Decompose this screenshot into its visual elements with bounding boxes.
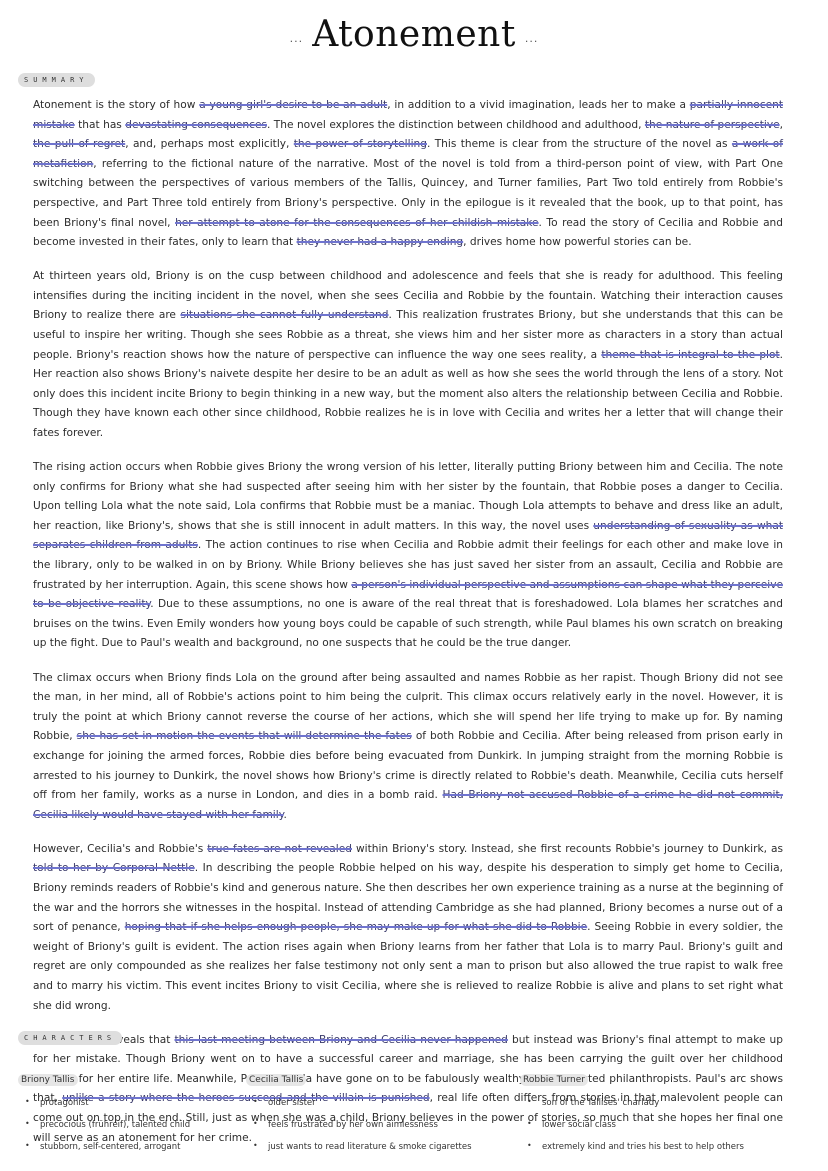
- summary-paragraph: The rising action occurs when Robbie giv…: [33, 458, 783, 654]
- trait-item: son of the Tallises' charlady: [520, 1096, 744, 1118]
- trait-item: extremely kind and tries his best to hel…: [520, 1140, 744, 1162]
- paragraph-text: . Seeing Robbie in every soldier, the we…: [33, 921, 783, 1011]
- summary-paragraph: However, Cecilia's and Robbie's true fat…: [33, 840, 783, 1016]
- trait-item: lower social class: [520, 1118, 744, 1140]
- character-name: Cecilia Tallis: [246, 1074, 306, 1086]
- summary-section-label: SUMMARY: [18, 73, 95, 87]
- title-dots-right: ···: [525, 35, 539, 48]
- summary-body: Atonement is the story of how a young gi…: [33, 96, 783, 1163]
- characters-section-label: CHARACTERS: [18, 1031, 122, 1045]
- highlighted-phrase: told to her by Corporal Nettle: [33, 862, 195, 874]
- highlighted-phrase: they never had a happy ending: [297, 236, 464, 248]
- title-area: ··· Atonement ···: [0, 14, 828, 55]
- paragraph-text: within Briony's story. Instead, she firs…: [352, 843, 783, 855]
- trait-item: just wants to read literature & smoke ci…: [246, 1140, 472, 1162]
- paragraph-text: , in addition to a vivid imagination, le…: [387, 99, 690, 111]
- page-title: Atonement: [308, 14, 520, 55]
- character-robbie: Robbie Turner son of the Tallises' charl…: [520, 1074, 744, 1162]
- highlighted-phrase: the power of storytelling: [294, 138, 427, 150]
- highlighted-phrase: devastating consequences: [125, 119, 267, 131]
- summary-paragraph: At thirteen years old, Briony is on the …: [33, 267, 783, 443]
- trait-item: feels frustrated by her own aimlessness: [246, 1118, 472, 1140]
- trait-list: protagonist precocious (frühreif), talen…: [18, 1096, 190, 1162]
- trait-list: son of the Tallises' charlady lower soci…: [520, 1096, 744, 1162]
- paragraph-text: . Her reaction also shows Briony's naive…: [33, 349, 783, 439]
- character-name: Briony Tallis: [18, 1074, 78, 1086]
- trait-item: older sister: [246, 1096, 472, 1118]
- paragraph-text: , drives home how powerful stories can b…: [463, 236, 691, 248]
- highlighted-phrase: hoping that if she helps enough people, …: [125, 921, 587, 933]
- trait-item: stubborn, self-centered, arrogant: [18, 1140, 190, 1162]
- paragraph-text: Atonement is the story of how: [33, 99, 199, 111]
- highlighted-phrase: she has set in motion the events that wi…: [77, 730, 412, 742]
- character-briony: Briony Tallis protagonist precocious (fr…: [18, 1074, 190, 1162]
- highlighted-phrase: the pull of regret: [33, 138, 125, 150]
- highlighted-phrase: true fates are not revealed: [207, 843, 352, 855]
- paragraph-text: , and, perhaps most explicitly,: [125, 138, 294, 150]
- highlighted-phrase: this last meeting between Briony and Cec…: [175, 1034, 508, 1046]
- highlighted-phrase: the nature of perspective: [645, 119, 780, 131]
- trait-item: precocious (frühreif), talented child: [18, 1118, 190, 1140]
- paragraph-text: ,: [780, 119, 783, 131]
- paragraph-text: that has: [75, 119, 126, 131]
- trait-list: older sister feels frustrated by her own…: [246, 1096, 472, 1162]
- paragraph-text: . This theme is clear from the structure…: [427, 138, 732, 150]
- paragraph-text: . The novel explores the distinction bet…: [267, 119, 645, 131]
- paragraph-text: .: [283, 809, 286, 821]
- character-cecilia: Cecilia Tallis older sister feels frustr…: [246, 1074, 472, 1162]
- highlighted-phrase: a young girl's desire to be an adult: [199, 99, 387, 111]
- trait-item: protagonist: [18, 1096, 190, 1118]
- character-name: Robbie Turner: [520, 1074, 588, 1086]
- highlighted-phrase: theme that is integral to the plot: [601, 349, 779, 361]
- summary-paragraph: Atonement is the story of how a young gi…: [33, 96, 783, 253]
- characters-section: Briony Tallis protagonist precocious (fr…: [0, 1074, 828, 1171]
- paragraph-text: However, Cecilia's and Robbie's: [33, 843, 207, 855]
- summary-paragraph: The climax occurs when Briony finds Lola…: [33, 669, 783, 826]
- title-dots-left: ···: [290, 35, 304, 48]
- highlighted-phrase: situations she cannot fully understand: [180, 309, 388, 321]
- highlighted-phrase: her attempt to atone for the consequence…: [175, 217, 538, 229]
